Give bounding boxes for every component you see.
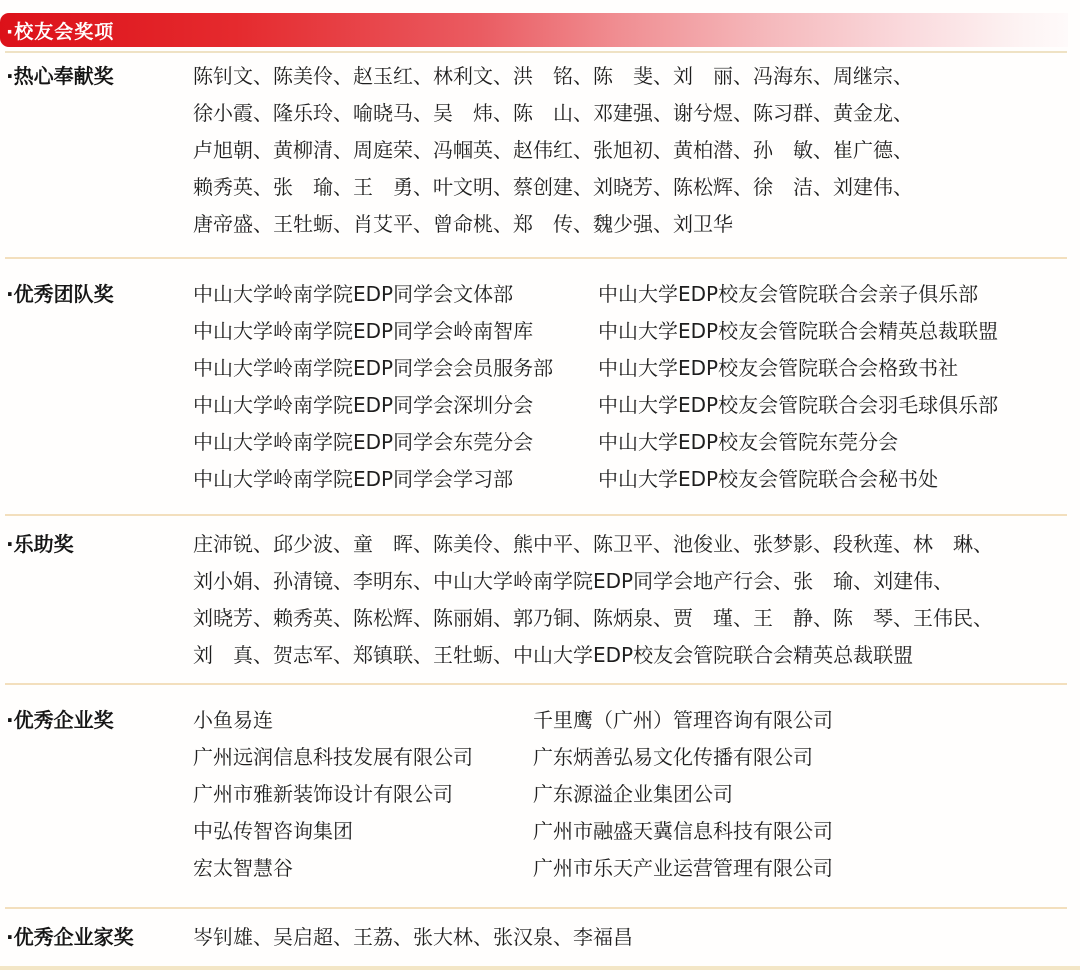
divider — [5, 907, 1067, 909]
award-label: ·热心奉献奖 — [6, 60, 114, 89]
recipient-line: 中山大学岭南学院EDP同学会文体部 — [193, 276, 598, 313]
recipient-line: 广东源溢企业集团公司 — [533, 776, 833, 813]
recipient-line: 庄沛锐、邱少波、童 晖、陈美伶、熊中平、陈卫平、池俊业、张梦影、段秋莲、林 琳、 — [193, 526, 1070, 563]
recipient-line: 中山大学岭南学院EDP同学会岭南智库 — [193, 313, 598, 350]
recipient-line: 千里鹰（广州）管理咨询有限公司 — [533, 702, 833, 739]
recipient-line: 中弘传智咨询集团 — [193, 813, 533, 850]
recipient-line: 中山大学岭南学院EDP同学会学习部 — [193, 461, 598, 498]
recipient-line: 中山大学EDP校友会管院联合会亲子俱乐部 — [598, 276, 998, 313]
page-title: ·校友会奖项 — [6, 17, 114, 44]
award-recipients: 岑钊雄、吴启超、王荔、张大林、张汉泉、李福昌 — [193, 919, 1070, 956]
recipient-line: 中山大学岭南学院EDP同学会会员服务部 — [193, 350, 598, 387]
recipient-line: 刘小娟、孙清镜、李明东、中山大学岭南学院EDP同学会地产行会、张 瑜、刘建伟、 — [193, 563, 1070, 600]
award-recipients: 庄沛锐、邱少波、童 晖、陈美伶、熊中平、陈卫平、池俊业、张梦影、段秋莲、林 琳、… — [193, 526, 1070, 674]
divider — [5, 514, 1067, 516]
recipient-line: 陈钊文、陈美伶、赵玉红、林利文、洪 铭、陈 斐、刘 丽、冯海东、周继宗、 — [193, 58, 1070, 95]
divider — [0, 966, 1080, 970]
recipient-line: 中山大学EDP校友会管院联合会精英总裁联盟 — [598, 313, 998, 350]
award-recipients: 小鱼易连 广州远润信息科技发展有限公司 广州市雅新装饰设计有限公司 中弘传智咨询… — [193, 702, 1070, 887]
recipient-line: 广州市融盛天冀信息科技有限公司 — [533, 813, 833, 850]
award-label: ·优秀企业奖 — [6, 704, 114, 733]
recipient-line: 徐小霞、隆乐玲、喻晓马、吴 炜、陈 山、邓建强、谢兮煜、陈习群、黄金龙、 — [193, 95, 1070, 132]
recipient-line: 刘 真、贺志军、郑镇联、王牡蛎、中山大学EDP校友会管院联合会精英总裁联盟 — [193, 637, 1070, 674]
recipient-column: 千里鹰（广州）管理咨询有限公司 广东炳善弘易文化传播有限公司 广东源溢企业集团公… — [533, 702, 833, 887]
divider — [5, 51, 1067, 53]
recipient-line: 卢旭朝、黄柳清、周庭荣、冯帼英、赵伟红、张旭初、黄柏潜、孙 敏、崔广德、 — [193, 132, 1070, 169]
awards-page: ·校友会奖项 ·热心奉献奖 陈钊文、陈美伶、赵玉红、林利文、洪 铭、陈 斐、刘 … — [0, 0, 1080, 970]
recipient-line: 宏太智慧谷 — [193, 850, 533, 887]
recipient-line: 小鱼易连 — [193, 702, 533, 739]
award-label: ·乐助奖 — [6, 528, 74, 557]
recipient-line: 中山大学岭南学院EDP同学会东莞分会 — [193, 424, 598, 461]
recipient-line: 唐帝盛、王牡蛎、肖艾平、曾命桃、郑 传、魏少强、刘卫华 — [193, 206, 1070, 243]
recipient-column: 小鱼易连 广州远润信息科技发展有限公司 广州市雅新装饰设计有限公司 中弘传智咨询… — [193, 702, 533, 887]
recipient-line: 中山大学EDP校友会管院联合会秘书处 — [598, 461, 998, 498]
recipient-column: 中山大学EDP校友会管院联合会亲子俱乐部 中山大学EDP校友会管院联合会精英总裁… — [598, 276, 998, 498]
recipient-line: 中山大学EDP校友会管院联合会格致书社 — [598, 350, 998, 387]
divider — [5, 257, 1067, 259]
recipient-line: 中山大学岭南学院EDP同学会深圳分会 — [193, 387, 598, 424]
award-label: ·优秀企业家奖 — [6, 921, 134, 950]
award-label: ·优秀团队奖 — [6, 278, 114, 307]
recipient-line: 刘晓芳、赖秀英、陈松辉、陈丽娟、郭乃铜、陈炳泉、贾 瑾、王 静、陈 琴、王伟民、 — [193, 600, 1070, 637]
recipient-line: 广州远润信息科技发展有限公司 — [193, 739, 533, 776]
section-header-bar: ·校友会奖项 — [0, 13, 1068, 47]
recipient-line: 岑钊雄、吴启超、王荔、张大林、张汉泉、李福昌 — [193, 919, 1070, 956]
recipient-line: 中山大学EDP校友会管院东莞分会 — [598, 424, 998, 461]
recipient-line: 广州市雅新装饰设计有限公司 — [193, 776, 533, 813]
recipient-line: 中山大学EDP校友会管院联合会羽毛球俱乐部 — [598, 387, 998, 424]
recipient-line: 赖秀英、张 瑜、王 勇、叶文明、蔡创建、刘晓芳、陈松辉、徐 洁、刘建伟、 — [193, 169, 1070, 206]
divider — [5, 683, 1067, 685]
recipient-line: 广东炳善弘易文化传播有限公司 — [533, 739, 833, 776]
recipient-column: 中山大学岭南学院EDP同学会文体部 中山大学岭南学院EDP同学会岭南智库 中山大… — [193, 276, 598, 498]
award-recipients: 陈钊文、陈美伶、赵玉红、林利文、洪 铭、陈 斐、刘 丽、冯海东、周继宗、 徐小霞… — [193, 58, 1070, 243]
award-recipients: 中山大学岭南学院EDP同学会文体部 中山大学岭南学院EDP同学会岭南智库 中山大… — [193, 276, 1070, 498]
recipient-line: 广州市乐天产业运营管理有限公司 — [533, 850, 833, 887]
